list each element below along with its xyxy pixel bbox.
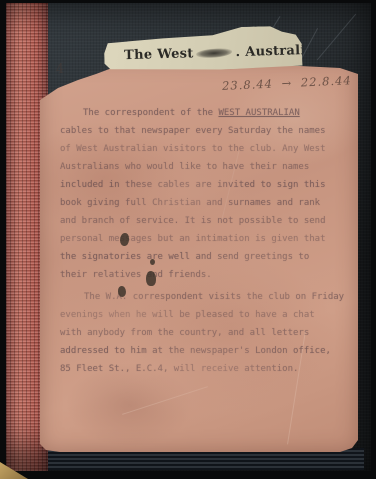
masthead-left: The West (124, 46, 194, 63)
ink-scribble (196, 48, 232, 59)
ink-blot (146, 271, 156, 286)
typed-line: Australians who would like to have their… (60, 158, 342, 176)
typed-line: of West Australian visitors to the club.… (60, 140, 342, 158)
scratch-mark (317, 14, 356, 61)
typed-text: The correspondent of the (83, 108, 218, 118)
typed-line: book giving full Christian and surnames … (60, 194, 342, 212)
typed-line: with anybody from the country, and all l… (60, 324, 342, 342)
ink-blot (118, 286, 126, 297)
typed-line: The correspondent of the WEST AUSTRALIAN (60, 104, 342, 122)
date-arrow-icon: → (281, 76, 292, 90)
typed-line: The W.A. correspondent visits the club o… (60, 288, 342, 306)
typed-line: and branch of service. It is not possibl… (60, 212, 342, 230)
photo-frame: The correspondent of the WEST AUSTRALIAN… (0, 0, 376, 479)
notice-paragraph-1: The correspondent of the WEST AUSTRALIAN… (60, 104, 342, 284)
date-from: 23.8.44 (222, 77, 273, 93)
typed-lines-container: cables to that newspaper every Saturday … (60, 122, 342, 284)
typed-line: evenings when he will be pleased to have… (60, 306, 342, 324)
typed-notice: The correspondent of the WEST AUSTRALIAN… (60, 104, 342, 378)
notice-paragraph-2: The W.A. correspondent visits the club o… (60, 288, 342, 378)
ink-blot (150, 259, 155, 265)
date-to: 22.8.44 (301, 73, 352, 89)
typed-line: the signatories are well and send greeti… (60, 248, 342, 266)
typed-line: included in these cables are invited to … (60, 176, 342, 194)
typed-line: addressed to him at the newspaper's Lond… (60, 342, 342, 360)
underlined-title: WEST AUSTRALIAN (218, 108, 299, 118)
ink-blot (120, 233, 129, 246)
typed-line: their relatives and friends. (60, 266, 342, 284)
typed-line: 85 Fleet St., E.C.4, will receive attent… (60, 360, 342, 378)
typed-line: cables to that newspaper every Saturday … (60, 122, 342, 140)
typed-line: personal messages but an intimation is g… (60, 230, 342, 248)
